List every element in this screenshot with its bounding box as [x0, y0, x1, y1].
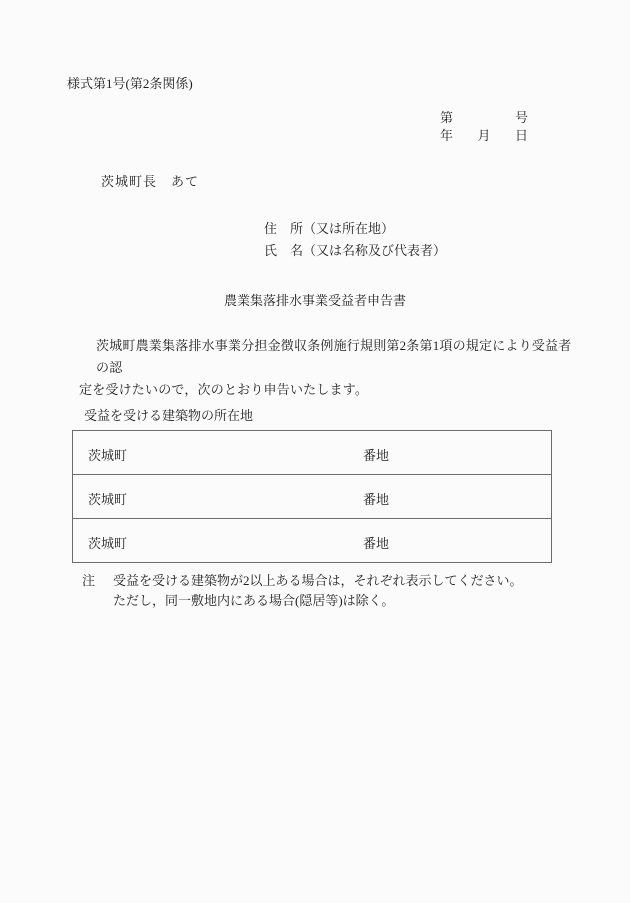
applicant-name-label: 氏 名（又は名称及び代表者） — [264, 240, 446, 262]
document-title: 農業集落排水事業受益者申告書 — [0, 291, 630, 311]
applicant-fields: 住 所（又は所在地） 氏 名（又は名称及び代表者） — [264, 218, 446, 262]
footnote-marker: 注 — [82, 571, 113, 591]
town-prefix-cell: 茨城町 — [88, 489, 127, 508]
table-row: 茨城町 番地 — [73, 519, 551, 562]
doc-number-suffix: 号 — [515, 109, 528, 127]
lot-number-cell: 番地 — [363, 445, 389, 464]
footnote: 注受益を受ける建築物が2以上ある場合は，それぞれ表示してください。 ただし，同一… — [82, 571, 523, 611]
body-paragraph-line2: 定を受けたいので，次のとおり申告いたします。 — [79, 379, 579, 401]
footnote-line2-text: ただし，同一敷地内にある場合(隠居等)は除く。 — [113, 591, 523, 611]
footnote-line1: 注受益を受ける建築物が2以上ある場合は，それぞれ表示してください。 — [82, 571, 523, 591]
document-number-line: 第 号 — [440, 109, 528, 127]
addressee-line: 茨城町長 あて — [101, 172, 199, 192]
town-prefix-cell: 茨城町 — [88, 533, 127, 552]
body-paragraph: 茨城町農業集落排水事業分担金徴収条例施行規則第2条第1項の規定により受益者の認 … — [79, 335, 579, 401]
lot-number-cell: 番地 — [363, 489, 389, 508]
building-location-table: 茨城町 番地 茨城町 番地 茨城町 番地 — [72, 430, 552, 563]
doc-number-prefix: 第 — [440, 109, 453, 127]
date-year-label: 年 — [440, 127, 453, 145]
lot-number-cell: 番地 — [363, 533, 389, 552]
town-prefix-cell: 茨城町 — [88, 445, 127, 464]
footnote-line1-text: 受益を受ける建築物が2以上ある場合は，それぞれ表示してください。 — [113, 571, 523, 591]
body-paragraph-line1: 茨城町農業集落排水事業分担金徴収条例施行規則第2条第1項の規定により受益者の認 — [79, 335, 579, 379]
document-page: 様式第1号(第2条関係) 第 号 年 月 日 茨城町長 あて 住 所（又は所在地… — [0, 0, 630, 903]
date-line: 年 月 日 — [440, 127, 528, 145]
applicant-address-label: 住 所（又は所在地） — [264, 218, 446, 240]
date-day-label: 日 — [515, 127, 528, 145]
table-section-label: 受益を受ける建築物の所在地 — [84, 406, 253, 426]
date-month-label: 月 — [477, 127, 490, 145]
form-style-label: 様式第1号(第2条関係) — [67, 74, 193, 94]
table-row: 茨城町 番地 — [73, 475, 551, 519]
table-row: 茨城町 番地 — [73, 431, 551, 475]
